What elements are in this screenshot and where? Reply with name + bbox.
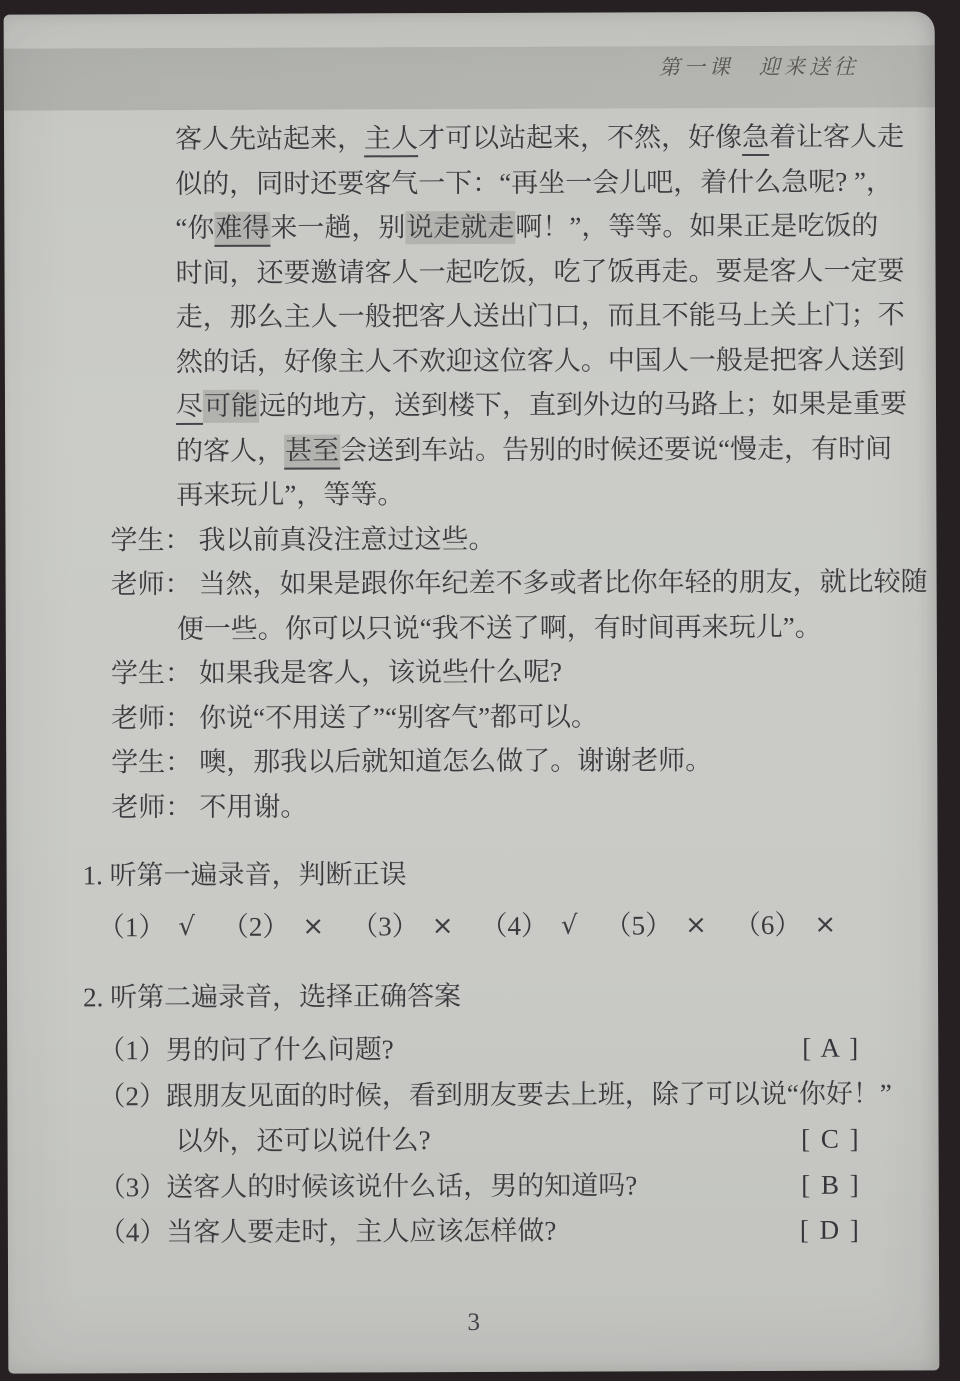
speaker-label: 学生： <box>110 524 191 554</box>
text-run: 啊！”，等等。如果正是吃饭的 <box>515 211 878 242</box>
text-run: 客人先站起来， <box>175 123 364 154</box>
passage-line: “你难得来一趟，别说走就走啊！”，等等。如果正是吃饭的 <box>109 203 909 250</box>
question-text: 跟朋友见面的时候，看到朋友要去上班，除了可以说“你好！” <box>166 1078 892 1111</box>
passage-line: 再来玩儿”，等等。 <box>110 470 910 517</box>
dialogue-line: 老师：当然，如果是跟你年纪差不多或者比你年轻的朋友，就比较随 <box>111 559 911 606</box>
text-run: 似的，同时还要客气一下：“再坐一会儿吧，着什么急呢? ”， <box>175 166 893 199</box>
running-header: 第一课 迎来送往 <box>4 52 859 85</box>
passage-line: 走，那么主人一般把客人送出门口，而且不能马上关上门；不 <box>110 292 910 339</box>
tf-answer-item: （6）× <box>734 903 836 948</box>
text-run: 远的地方，送到楼下，直到外边的马路上；如果是重要 <box>259 388 907 420</box>
vocab-mark: 甚至 <box>284 434 340 469</box>
text-run: 时间，还要邀请客人一起吃饭，吃了饭再走。要是客人一定要 <box>175 255 904 288</box>
speaker-label: 学生： <box>111 747 192 777</box>
vocab-mark: 主人 <box>364 123 418 157</box>
text-run: “你 <box>175 213 214 243</box>
tf-answer-item: （2）× <box>222 905 324 950</box>
text-run: 噢，那我以后就知道怎么做了。谢谢老师。 <box>199 745 712 777</box>
question-line: （3）送客人的时候该说什么话，男的知道吗?[ B ] <box>99 1162 869 1210</box>
text-run: 当然，如果是跟你年纪差不多或者比你年轻的朋友，就比较随 <box>199 566 928 599</box>
dialogue-line: 学生：噢，那我以后就知道怎么做了。谢谢老师。 <box>111 737 911 784</box>
vocab-mark: 急 <box>742 122 769 156</box>
passage-line: 尽可能远的地方，送到楼下，直到外边的马路上；如果是重要 <box>110 381 910 428</box>
vocab-mark: 可能 <box>203 390 259 423</box>
tf-answer-mark: √ <box>178 905 195 950</box>
text-run: 的客人， <box>176 435 284 465</box>
answer-badge: [ C ] <box>801 1117 861 1163</box>
question-text: 当客人要走时，主人应该怎样做? <box>166 1216 556 1247</box>
question-number: （2） <box>98 1081 166 1111</box>
page-number: 3 <box>8 1305 939 1340</box>
text-run: 不用谢。 <box>199 791 307 821</box>
tf-answer-item: （5）× <box>604 903 706 948</box>
vocab-mark: 难得 <box>214 212 270 247</box>
tf-answer-item: （4）√ <box>480 904 577 949</box>
dialogue-line: 学生：我以前真没注意过这些。 <box>110 515 910 562</box>
textbook-page: 第一课 迎来送往 客人先站起来，主人才可以站起来，不然，好像急着让客人走似的，同… <box>4 11 940 1373</box>
exercise2-title: 2. 听第二遍录音，选择正确答案 <box>83 974 461 1019</box>
dialogue-line: 老师：你说“不用送了”“别客气”都可以。 <box>111 693 911 740</box>
question-number: （4） <box>99 1217 167 1247</box>
tf-answer-item: （3）× <box>351 904 453 949</box>
exercise1-title: 1. 听第一遍录音，判断正误 <box>83 852 407 897</box>
tf-answer-mark: × <box>432 904 454 949</box>
speaker-label: 老师： <box>111 791 192 821</box>
question-text: 以外，还可以说什么? <box>176 1125 431 1156</box>
tf-answer-item: （1）√ <box>98 905 195 950</box>
passage-line: 的客人，甚至会送到车站。告别的时候还要说“慢走，有时间 <box>110 426 910 473</box>
tf-answer-mark: × <box>302 905 324 950</box>
answer-badge: [ D ] <box>800 1208 861 1254</box>
vocab-mark: 说走就走 <box>405 211 515 244</box>
text-run: 你说“不用送了”“别客气”都可以。 <box>199 701 598 732</box>
text-body: 客人先站起来，主人才可以站起来，不然，好像急着让客人走似的，同时还要客气一下：“… <box>109 114 911 829</box>
question-number: （3） <box>99 1172 167 1202</box>
question-line: （4）当客人要走时，主人应该怎样做?[ D ] <box>99 1208 869 1256</box>
question-line: （1）男的问了什么问题?[ A ] <box>98 1026 868 1074</box>
tf-answer-number: （2） <box>222 905 290 950</box>
exercise2-items: （1）男的问了什么问题?[ A ]（2）跟朋友见面的时候，看到朋友要去上班，除了… <box>98 1026 869 1256</box>
text-run: 才可以站起来，不然，好像 <box>418 122 742 153</box>
tf-answer-number: （5） <box>604 903 672 948</box>
passage-line: 时间，还要邀请客人一起吃饭，吃了饭再走。要是客人一定要 <box>109 248 909 295</box>
text-run: 会送到车站。告别的时候还要说“慢走，有时间 <box>340 433 892 465</box>
exercise1-answers: （1）√（2）×（3）×（4）√（5）×（6）× <box>98 903 836 951</box>
dialogue-line: 老师：不用谢。 <box>111 782 911 829</box>
vocab-mark: 尽 <box>176 391 203 425</box>
question-line: 以外，还可以说什么?[ C ] <box>98 1117 868 1165</box>
answer-badge: [ B ] <box>801 1162 861 1208</box>
passage-line: 便一些。你可以只说“我不送了啊，有时间再来玩儿”。 <box>111 604 911 651</box>
text-run: 着让客人走 <box>769 121 904 151</box>
question-number: （1） <box>98 1035 166 1065</box>
speaker-label: 老师： <box>111 702 192 732</box>
text-run: 如果我是客人，该说些什么呢? <box>199 657 562 688</box>
passage-line: 似的，同时还要客气一下：“再坐一会儿吧，着什么急呢? ”， <box>109 159 909 206</box>
tf-answer-number: （4） <box>480 904 548 949</box>
passage-line: 然的话，好像主人不欢迎这位客人。中国人一般是把客人送到 <box>110 337 910 384</box>
tf-answer-mark: × <box>814 903 836 948</box>
question-text: 男的问了什么问题? <box>166 1034 394 1065</box>
text-run: 便一些。你可以只说“我不送了啊，有时间再来玩儿”。 <box>177 611 822 643</box>
speaker-label: 老师： <box>111 569 192 599</box>
tf-answer-number: （3） <box>351 904 419 949</box>
text-run: 然的话，好像主人不欢迎这位客人。中国人一般是把客人送到 <box>176 344 905 377</box>
dialogue-line: 学生：如果我是客人，该说些什么呢? <box>111 648 911 695</box>
text-run: 我以前真没注意过这些。 <box>198 523 495 554</box>
tf-answer-mark: √ <box>561 904 578 949</box>
question-text: 送客人的时候该说什么话，男的知道吗? <box>166 1170 637 1202</box>
tf-answer-number: （1） <box>98 905 166 950</box>
question-line: （2）跟朋友见面的时候，看到朋友要去上班，除了可以说“你好！” <box>98 1071 868 1119</box>
text-run: 再来玩儿”，等等。 <box>176 479 404 510</box>
text-run: 走，那么主人一般把客人送出门口，而且不能马上关上门；不 <box>176 299 905 332</box>
passage-line: 客人先站起来，主人才可以站起来，不然，好像急着让客人走 <box>109 114 909 161</box>
scanned-photo: 第一课 迎来送往 客人先站起来，主人才可以站起来，不然，好像急着让客人走似的，同… <box>0 0 960 1381</box>
answer-badge: [ A ] <box>802 1026 860 1072</box>
tf-answer-mark: × <box>685 903 707 948</box>
tf-answer-number: （6） <box>734 903 802 948</box>
text-run: 来一趟，别 <box>270 212 405 242</box>
speaker-label: 学生： <box>111 658 192 688</box>
